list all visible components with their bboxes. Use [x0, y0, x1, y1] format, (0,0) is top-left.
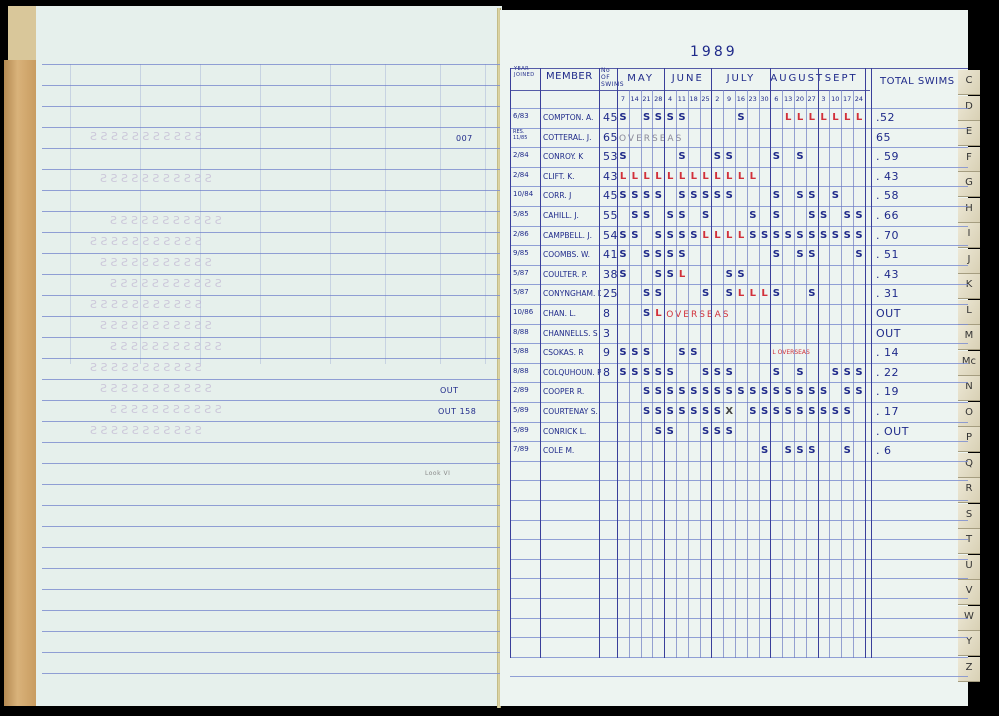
swim-mark: S — [617, 230, 629, 241]
swim-mark: S — [806, 249, 818, 260]
year-joined: 5/87 — [513, 270, 540, 276]
swim-mark: S — [688, 406, 700, 417]
index-tab-z[interactable]: Z — [958, 657, 980, 682]
date-header: 20 — [794, 95, 806, 103]
index-tab-s[interactable]: S — [958, 504, 980, 529]
late-mark: L — [688, 171, 700, 182]
year-joined: 5/89 — [513, 407, 540, 413]
rule-line — [42, 211, 500, 212]
rule-line — [42, 568, 500, 569]
total-swims: 65 — [876, 131, 891, 144]
year-joined: 5/89 — [513, 427, 540, 433]
late-mark: L — [794, 112, 806, 123]
swim-mark: S — [723, 269, 735, 280]
index-tab-c[interactable]: C — [958, 70, 980, 95]
total-swims: . OUT — [876, 425, 909, 438]
swim-mark: S — [617, 112, 629, 123]
no-of-swims: 54 — [603, 229, 618, 242]
binding-tape — [4, 60, 38, 706]
swim-mark: S — [664, 367, 676, 378]
date-divider — [853, 90, 854, 658]
date-header: 11 — [676, 95, 688, 103]
swim-mark: S — [676, 112, 688, 123]
date-divider — [794, 90, 795, 658]
date-divider — [723, 90, 724, 658]
rule-line — [42, 85, 500, 86]
swim-mark: S — [629, 367, 641, 378]
index-tab-g[interactable]: G — [958, 172, 980, 197]
total-swims: . 51 — [876, 248, 899, 261]
year-joined: 5/85 — [513, 211, 540, 217]
rule-line — [510, 167, 968, 168]
rule-line — [510, 578, 968, 579]
rule-line — [42, 589, 500, 590]
swim-mark: S — [688, 386, 700, 397]
member-name: COLQUHOUN. P. — [543, 368, 601, 377]
swim-mark: S — [841, 445, 853, 456]
date-divider — [676, 90, 677, 658]
swim-mark: S — [841, 367, 853, 378]
member-name: COULTER. P. — [543, 270, 601, 279]
swim-mark: S — [652, 269, 664, 280]
swim-mark: S — [770, 406, 782, 417]
swim-mark: S — [641, 249, 653, 260]
late-mark: L — [617, 171, 629, 182]
month-header: AUGUST — [770, 73, 817, 84]
bleed-through-text: S S S S S S S S S S S — [100, 256, 212, 269]
member-name: COMPTON. A. — [543, 113, 601, 122]
index-tab-m[interactable]: M — [958, 325, 980, 350]
total-swims: . 59 — [876, 150, 899, 163]
bleed-through-text: S S S S S S S S S S S — [90, 298, 202, 311]
rule-line — [510, 382, 968, 383]
late-mark: L — [711, 230, 723, 241]
swim-mark: S — [782, 406, 794, 417]
rule-line — [510, 186, 968, 187]
total-swims: . 66 — [876, 209, 899, 222]
no-of-swims: 53 — [603, 150, 618, 163]
swim-mark: S — [617, 249, 629, 260]
rule-line — [510, 343, 968, 344]
date-divider — [747, 90, 748, 658]
swim-mark: S — [723, 426, 735, 437]
member-name: CORR. J — [543, 191, 601, 200]
month-divider — [711, 68, 712, 658]
date-divider — [735, 90, 736, 658]
total-swims: . 58 — [876, 189, 899, 202]
swim-mark: S — [841, 230, 853, 241]
swim-mark: S — [711, 367, 723, 378]
month-header: JUNE — [664, 73, 711, 84]
swim-mark: S — [664, 386, 676, 397]
swim-mark: S — [652, 112, 664, 123]
swim-mark: S — [759, 406, 771, 417]
swim-mark: S — [794, 367, 806, 378]
swim-mark: S — [782, 230, 794, 241]
rule-line — [510, 128, 968, 129]
swim-mark: S — [829, 367, 841, 378]
rule-line — [510, 559, 968, 560]
swim-mark: S — [723, 288, 735, 299]
bleed-through-text: S S S S S S S S S S S — [90, 361, 202, 374]
swim-mark: S — [676, 230, 688, 241]
swim-mark: S — [853, 386, 865, 397]
year-joined: 2/86 — [513, 231, 540, 237]
date-header: 13 — [782, 95, 794, 103]
no-of-swims: 9 — [603, 346, 611, 359]
swim-mark: S — [617, 190, 629, 201]
month-divider — [664, 68, 665, 658]
late-mark: L — [735, 230, 747, 241]
late-mark: L — [735, 171, 747, 182]
member-name: COOMBS. W. — [543, 250, 601, 259]
swim-mark: S — [617, 347, 629, 358]
handwritten-note: OUT — [440, 386, 459, 395]
late-mark: L — [652, 171, 664, 182]
no-of-swims: 38 — [603, 268, 618, 281]
total-swims: . 14 — [876, 346, 899, 359]
swim-mark: S — [794, 249, 806, 260]
bleed-through-text: S S S S S S S S S S S — [110, 214, 222, 227]
date-header: 24 — [853, 95, 865, 103]
year-joined: 8/88 — [513, 329, 540, 335]
swim-mark: S — [806, 210, 818, 221]
rule-line — [42, 505, 500, 506]
rule-line — [510, 520, 968, 521]
rule-line — [42, 484, 500, 485]
late-mark: L — [747, 288, 759, 299]
header-line — [510, 90, 870, 91]
swim-mark: S — [794, 445, 806, 456]
swim-mark: S — [794, 386, 806, 397]
column-divider — [540, 68, 541, 658]
swim-mark: S — [841, 386, 853, 397]
rule-line — [510, 441, 968, 442]
swim-mark: S — [629, 190, 641, 201]
bleed-through-text: S S S S S S S S S S S — [100, 172, 212, 185]
swim-mark: S — [829, 406, 841, 417]
rule-line — [510, 637, 968, 638]
swim-mark: S — [641, 386, 653, 397]
index-tab-v[interactable]: V — [958, 580, 980, 605]
date-divider — [829, 90, 830, 658]
swim-mark: S — [629, 347, 641, 358]
date-header: 30 — [759, 95, 771, 103]
no-of-swims: 45 — [603, 189, 618, 202]
rule-line — [42, 190, 500, 191]
swim-mark: S — [735, 112, 747, 123]
swim-mark: S — [664, 269, 676, 280]
faded-column-line — [330, 64, 331, 364]
date-header: 28 — [652, 95, 664, 103]
no-of-swims: 8 — [603, 366, 611, 379]
swim-mark: S — [759, 230, 771, 241]
index-tab-j[interactable]: J — [958, 249, 980, 274]
rule-line — [510, 676, 968, 677]
total-swims: . 43 — [876, 268, 899, 281]
member-name: CLIFT. K. — [543, 172, 601, 181]
index-tab-t[interactable]: T — [958, 529, 980, 554]
rule-line — [42, 253, 500, 254]
rule-line — [42, 547, 500, 548]
rule-line — [42, 652, 500, 653]
total-swims: . 17 — [876, 405, 899, 418]
header-total-swims: TOTAL SWIMS — [880, 76, 955, 87]
late-mark: L — [700, 230, 712, 241]
member-name: CAMPBELL. J. — [543, 231, 601, 240]
column-divider — [599, 68, 600, 658]
rule-line — [42, 337, 500, 338]
swim-mark: S — [747, 210, 759, 221]
total-swims: . 22 — [876, 366, 899, 379]
no-of-swims: 43 — [603, 170, 618, 183]
member-name: COOPER R. — [543, 387, 601, 396]
swim-mark: S — [676, 151, 688, 162]
swim-mark: S — [735, 269, 747, 280]
member-name: CONROY. K — [543, 152, 601, 161]
swim-mark: S — [641, 190, 653, 201]
swim-mark: S — [806, 190, 818, 201]
swim-mark: S — [676, 406, 688, 417]
late-mark: L — [711, 171, 723, 182]
swim-mark: S — [641, 112, 653, 123]
month-header: MAY — [617, 73, 664, 84]
row-note: L OVERSEAS — [772, 349, 809, 356]
member-name: CSOKAS. R — [543, 348, 601, 357]
year-joined: 2/84 — [513, 172, 540, 178]
date-header: 27 — [806, 95, 818, 103]
swim-mark: S — [652, 190, 664, 201]
swim-mark: S — [829, 190, 841, 201]
swim-mark: S — [676, 347, 688, 358]
year-joined: 5/87 — [513, 289, 540, 295]
swim-mark: S — [806, 445, 818, 456]
faded-column-line — [70, 64, 71, 364]
swim-mark: S — [652, 249, 664, 260]
index-tab-e[interactable]: E — [958, 121, 980, 146]
rule-line — [510, 245, 968, 246]
swim-mark: S — [664, 406, 676, 417]
rule-line — [42, 127, 500, 128]
member-name: CONYNGHAM. D. — [543, 289, 601, 298]
swim-mark: S — [747, 406, 759, 417]
late-mark: L — [723, 171, 735, 182]
year-joined: 10/86 — [513, 309, 540, 315]
swim-mark: S — [700, 386, 712, 397]
late-mark: L — [806, 112, 818, 123]
swim-mark: S — [688, 190, 700, 201]
swim-mark: S — [759, 445, 771, 456]
late-mark: L — [829, 112, 841, 123]
cross-mark: X — [723, 406, 735, 417]
member-name: CHANNELLS. S — [543, 329, 601, 338]
late-mark: L — [735, 288, 747, 299]
swim-mark: S — [853, 210, 865, 221]
year-joined: 5/88 — [513, 348, 540, 354]
swim-mark: S — [617, 367, 629, 378]
swim-mark: S — [641, 210, 653, 221]
late-mark: L — [841, 112, 853, 123]
swim-mark: S — [700, 367, 712, 378]
index-tab-o[interactable]: O — [958, 402, 980, 427]
date-header: 16 — [735, 95, 747, 103]
faded-column-line — [385, 64, 386, 364]
date-divider — [700, 90, 701, 658]
date-divider — [782, 90, 783, 658]
date-header: 4 — [664, 95, 676, 103]
rule-line — [42, 358, 500, 359]
swim-mark: S — [652, 426, 664, 437]
total-swims: . 43 — [876, 170, 899, 183]
member-name: COLE M. — [543, 446, 601, 455]
month-divider — [818, 68, 819, 658]
total-divider — [871, 68, 872, 658]
swim-mark: S — [759, 386, 771, 397]
swim-mark: S — [770, 190, 782, 201]
member-name: COTTERAL. J. — [543, 133, 601, 142]
bleed-through-text: S S S S S S S S S S S — [100, 319, 212, 332]
swim-mark: S — [818, 386, 830, 397]
year-joined: 7/89 — [513, 446, 540, 452]
swim-mark: S — [641, 288, 653, 299]
member-name: CONRICK L. — [543, 427, 601, 436]
total-swims: OUT — [876, 327, 901, 340]
swim-mark: S — [829, 230, 841, 241]
swim-mark: S — [723, 386, 735, 397]
total-swims: . 19 — [876, 385, 899, 398]
swim-mark: S — [770, 210, 782, 221]
faded-column-line — [440, 64, 441, 364]
index-tab-h[interactable]: H — [958, 198, 980, 223]
swim-mark: S — [664, 426, 676, 437]
swim-mark: S — [652, 367, 664, 378]
date-header: 6 — [770, 95, 782, 103]
swim-mark: S — [652, 406, 664, 417]
swim-mark: S — [617, 151, 629, 162]
index-tab-p[interactable]: P — [958, 427, 980, 452]
swim-mark: S — [723, 367, 735, 378]
swim-mark: S — [664, 249, 676, 260]
no-of-swims: 8 — [603, 307, 611, 320]
bleed-through-text: S S S S S S S S S S S — [90, 424, 202, 437]
swim-mark: S — [664, 112, 676, 123]
rule-line — [42, 463, 500, 464]
no-of-swims: 25 — [603, 287, 618, 300]
swim-mark: S — [676, 249, 688, 260]
swim-mark: S — [700, 406, 712, 417]
rule-line — [510, 480, 968, 481]
rule-line — [510, 206, 968, 207]
late-mark: L — [782, 112, 794, 123]
swim-mark: S — [664, 230, 676, 241]
swim-mark: S — [818, 406, 830, 417]
swim-mark: S — [782, 445, 794, 456]
swim-mark: S — [688, 230, 700, 241]
swim-mark: S — [770, 288, 782, 299]
member-name: COURTENAY S. — [543, 407, 601, 416]
rule-line — [510, 147, 968, 148]
member-name: CHAN. L. — [543, 309, 601, 318]
index-tab-k[interactable]: K — [958, 274, 980, 299]
swim-mark: S — [711, 406, 723, 417]
swim-mark: S — [735, 386, 747, 397]
swim-mark: S — [676, 386, 688, 397]
handwritten-note: 007 — [456, 134, 473, 143]
swim-mark: S — [723, 151, 735, 162]
swim-mark: S — [617, 269, 629, 280]
rule-line — [42, 379, 500, 380]
swim-mark: S — [652, 288, 664, 299]
swim-mark: S — [770, 367, 782, 378]
index-tab-y[interactable]: Y — [958, 631, 980, 656]
swim-mark: S — [711, 426, 723, 437]
index-tab-q[interactable]: Q — [958, 453, 980, 478]
swim-mark: S — [629, 230, 641, 241]
swim-mark: S — [711, 386, 723, 397]
month-divider — [617, 68, 618, 658]
late-mark: L — [759, 288, 771, 299]
rule-line — [510, 108, 968, 109]
date-divider — [806, 90, 807, 658]
total-swims: . 6 — [876, 444, 892, 457]
swim-mark: S — [711, 151, 723, 162]
date-divider — [641, 90, 642, 658]
rule-line — [510, 226, 968, 227]
swim-mark: S — [747, 230, 759, 241]
year-joined: 6/83 — [513, 113, 540, 119]
swim-mark: S — [641, 406, 653, 417]
rule-line — [42, 106, 500, 107]
late-mark: L — [652, 308, 664, 319]
date-divider — [652, 90, 653, 658]
date-divider — [629, 90, 630, 658]
year-joined: 2/84 — [513, 152, 540, 158]
date-divider — [688, 90, 689, 658]
year-joined: 10/84 — [513, 191, 540, 197]
swim-mark: S — [629, 210, 641, 221]
date-divider — [759, 90, 760, 658]
swim-mark: S — [676, 190, 688, 201]
date-header: 18 — [688, 95, 700, 103]
year-joined: 8/88 — [513, 368, 540, 374]
date-header: 10 — [829, 95, 841, 103]
rule-line — [510, 618, 968, 619]
year-joined: RES. 11/85 — [513, 129, 540, 141]
date-header: 3 — [818, 95, 830, 103]
date-header: 17 — [841, 95, 853, 103]
late-mark: L — [629, 171, 641, 182]
swim-mark: S — [700, 426, 712, 437]
swim-mark: S — [794, 151, 806, 162]
header-member: MEMBER — [546, 71, 593, 82]
swim-mark: S — [770, 249, 782, 260]
rule-line — [42, 295, 500, 296]
no-of-swims: 65 — [603, 131, 618, 144]
rule-line — [510, 363, 968, 364]
swim-mark: S — [711, 190, 723, 201]
late-mark: L — [818, 112, 830, 123]
rule-line — [42, 421, 500, 422]
bleed-through-text: S S S S S S S S S S S — [90, 130, 202, 143]
member-name: CAHILL. J. — [543, 211, 601, 220]
swim-mark: S — [652, 230, 664, 241]
index-tab-n[interactable]: N — [958, 376, 980, 401]
swim-mark: S — [700, 190, 712, 201]
rule-line — [510, 265, 968, 266]
rule-line — [42, 610, 500, 611]
rule-line — [510, 461, 968, 462]
late-mark: L — [676, 171, 688, 182]
